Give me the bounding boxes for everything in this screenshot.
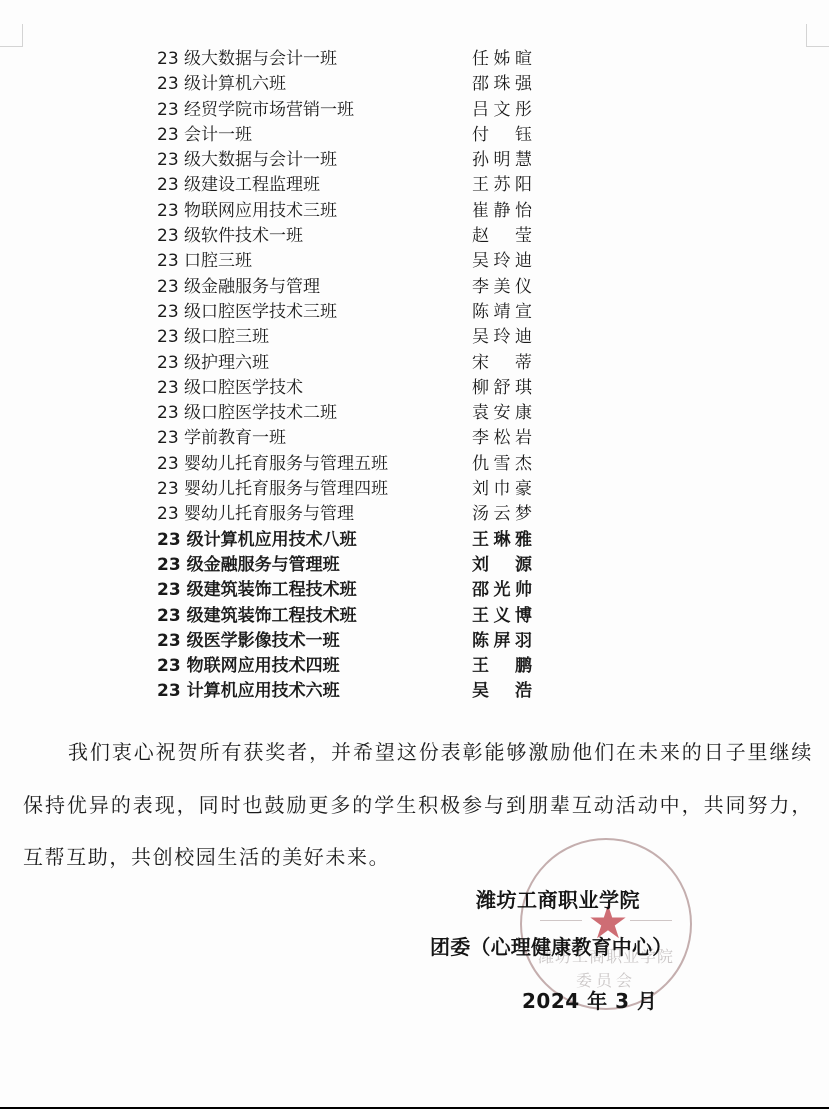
award-recipient-name: 袁安康	[472, 401, 532, 426]
award-recipient-name: 邵光帅	[472, 578, 532, 603]
award-row: 23 级金融服务与管理 李美仪	[157, 275, 537, 300]
award-class: 23 口腔三班	[157, 249, 252, 274]
award-class: 23 级口腔医学技术三班	[157, 300, 337, 325]
award-row: 23 婴幼儿托育服务与管理五班 仇雪杰	[157, 452, 537, 477]
award-row: 23 级建设工程监理班 王苏阳	[157, 173, 537, 198]
award-row: 23 级大数据与会计一班 孙明慧	[157, 148, 537, 173]
award-recipient-name: 陈靖宣	[472, 300, 532, 325]
award-row: 23 婴幼儿托育服务与管理四班 刘巾豪	[157, 477, 537, 502]
signature-organization: 潍坊工商职业学院	[476, 884, 640, 913]
award-recipient-name: 柳舒琪	[472, 376, 532, 401]
award-recipient-name: 王义博	[472, 604, 532, 629]
award-class: 23 级计算机六班	[157, 72, 286, 97]
award-row: 23 级医学影像技术一班 陈屏羽	[157, 629, 537, 654]
closing-paragraph: 我们衷心祝贺所有获奖者，并希望这份表彰能够激励他们在未来的日子里继续保持优异的表…	[23, 726, 813, 884]
award-class: 23 级护理六班	[157, 351, 269, 376]
signature-date: 2024 年 3 月	[522, 985, 657, 1014]
award-class: 23 学前教育一班	[157, 426, 286, 451]
award-row: 23 经贸学院市场营销一班 吕文彤	[157, 98, 537, 123]
award-row: 23 级软件技术一班 赵 莹	[157, 224, 537, 249]
award-class: 23 级大数据与会计一班	[157, 148, 337, 173]
award-recipient-name: 邵珠强	[472, 72, 532, 97]
award-row: 23 物联网应用技术三班 崔静怡	[157, 199, 537, 224]
award-recipient-name: 王琳雅	[472, 528, 532, 553]
award-recipient-name: 陈屏羽	[472, 629, 532, 654]
award-class: 23 级建设工程监理班	[157, 173, 320, 198]
award-row: 23 物联网应用技术四班 王 鹏	[157, 654, 537, 679]
award-class: 23 级口腔医学技术二班	[157, 401, 337, 426]
award-recipient-name: 宋 蒂	[472, 351, 532, 376]
award-class: 23 会计一班	[157, 123, 252, 148]
award-class: 23 级软件技术一班	[157, 224, 303, 249]
award-class: 23 计算机应用技术六班	[157, 679, 340, 704]
award-class: 23 级口腔三班	[157, 325, 269, 350]
signature-department: 团委（心理健康教育中心）	[430, 931, 672, 960]
stamp-divider	[630, 920, 672, 921]
award-row: 23 级建筑装饰工程技术班 王义博	[157, 604, 537, 629]
stamp-divider	[540, 920, 582, 921]
award-recipient-name: 仇雪杰	[472, 452, 532, 477]
award-class: 23 婴幼儿托育服务与管理	[157, 502, 354, 527]
award-class: 23 级口腔医学技术	[157, 376, 303, 401]
award-class: 23 级金融服务与管理	[157, 275, 320, 300]
award-recipient-name: 吴玲迪	[472, 249, 532, 274]
award-class: 23 级大数据与会计一班	[157, 47, 337, 72]
award-recipient-name: 吕文彤	[472, 98, 532, 123]
award-recipient-name: 王 鹏	[472, 654, 532, 679]
award-row: 23 婴幼儿托育服务与管理 汤云梦	[157, 502, 537, 527]
award-recipient-name: 吴 浩	[472, 679, 532, 704]
award-recipient-name: 付 钰	[472, 123, 532, 148]
award-class: 23 级医学影像技术一班	[157, 629, 340, 654]
award-recipient-name: 李美仪	[472, 275, 532, 300]
award-row: 23 计算机应用技术六班 吴 浩	[157, 679, 537, 704]
award-recipient-name: 刘 源	[472, 553, 532, 578]
award-recipient-name: 刘巾豪	[472, 477, 532, 502]
award-row: 23 级口腔医学技术 柳舒琪	[157, 376, 537, 401]
award-row: 23 级计算机应用技术八班 王琳雅	[157, 528, 537, 553]
award-class: 23 级计算机应用技术八班	[157, 528, 357, 553]
crop-mark-top-right	[806, 24, 829, 47]
award-recipient-name: 吴玲迪	[472, 325, 532, 350]
award-recipient-name: 汤云梦	[472, 502, 532, 527]
award-recipient-name: 孙明慧	[472, 148, 532, 173]
award-recipient-name: 王苏阳	[472, 173, 532, 198]
award-row: 23 级护理六班 宋 蒂	[157, 351, 537, 376]
award-class: 23 婴幼儿托育服务与管理五班	[157, 452, 388, 477]
award-class: 23 经贸学院市场营销一班	[157, 98, 354, 123]
award-class: 23 级金融服务与管理班	[157, 553, 340, 578]
award-class: 23 物联网应用技术三班	[157, 199, 337, 224]
crop-mark-top-left	[0, 24, 23, 47]
award-row: 23 口腔三班 吴玲迪	[157, 249, 537, 274]
award-row: 23 级口腔医学技术二班 袁安康	[157, 401, 537, 426]
award-row: 23 级建筑装饰工程技术班 邵光帅	[157, 578, 537, 603]
award-row: 23 级大数据与会计一班 任姊暄	[157, 47, 537, 72]
award-class: 23 婴幼儿托育服务与管理四班	[157, 477, 388, 502]
award-row: 23 级口腔医学技术三班 陈靖宣	[157, 300, 537, 325]
award-row: 23 会计一班 付 钰	[157, 123, 537, 148]
award-row: 23 学前教育一班 李松岩	[157, 426, 537, 451]
award-class: 23 级建筑装饰工程技术班	[157, 578, 357, 603]
award-class: 23 物联网应用技术四班	[157, 654, 340, 679]
award-recipient-name: 任姊暄	[472, 47, 532, 72]
award-class: 23 级建筑装饰工程技术班	[157, 604, 357, 629]
award-recipient-name: 崔静怡	[472, 199, 532, 224]
award-recipient-name: 李松岩	[472, 426, 532, 451]
award-row: 23 级金融服务与管理班 刘 源	[157, 553, 537, 578]
award-row: 23 级口腔三班 吴玲迪	[157, 325, 537, 350]
award-row: 23 级计算机六班 邵珠强	[157, 72, 537, 97]
award-list: 23 级大数据与会计一班 任姊暄 23 级计算机六班 邵珠强 23 经贸学院市场…	[157, 47, 537, 705]
award-recipient-name: 赵 莹	[472, 224, 532, 249]
